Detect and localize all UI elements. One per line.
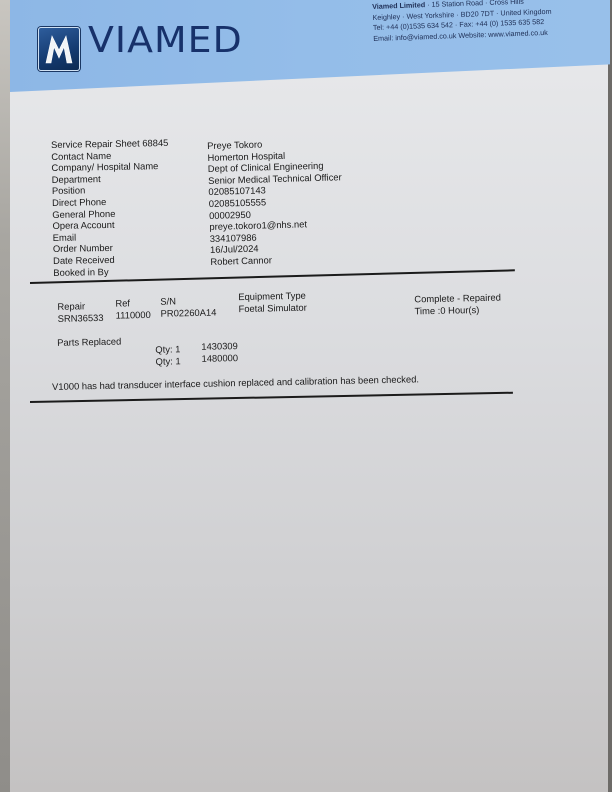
field-label: Company/ Hospital Name <box>51 160 168 174</box>
part-number: 1430309 <box>201 340 238 352</box>
part-qty: Qty: 1 <box>155 355 180 367</box>
repair-number: SRN36533 <box>58 312 104 324</box>
ref-value: 1110000 <box>116 309 151 321</box>
field-label: Booked in By <box>53 264 170 278</box>
repair-label: Repair <box>57 300 85 312</box>
equipment-type-value: Foetal Simulator <box>238 302 306 314</box>
serial-label: S/N <box>160 295 176 306</box>
repair-time: Time :0 Hour(s) <box>414 304 479 316</box>
field-labels: Service Repair Sheet 68845 Contact Name … <box>51 137 171 278</box>
serial-value: PR02260A14 <box>160 307 216 319</box>
parts-replaced-label: Parts Replaced <box>57 336 121 348</box>
booked-in-by-value: Robert Cannor <box>210 252 344 267</box>
field-values: Preye Tokoro Homerton Hospital Dept of C… <box>207 136 344 267</box>
equipment-type-label: Equipment Type <box>238 290 306 302</box>
section-divider <box>30 392 513 403</box>
part-number: 1480000 <box>201 352 238 364</box>
repair-status: Complete - Repaired <box>414 292 501 305</box>
ref-label: Ref <box>115 297 130 308</box>
sheet-title: Service Repair Sheet 68845 <box>51 137 168 151</box>
part-qty: Qty: 1 <box>155 343 180 355</box>
repair-notes: V1000 has had transducer interface cushi… <box>52 373 419 392</box>
repair-sheet: Service Repair Sheet 68845 Contact Name … <box>0 0 612 792</box>
